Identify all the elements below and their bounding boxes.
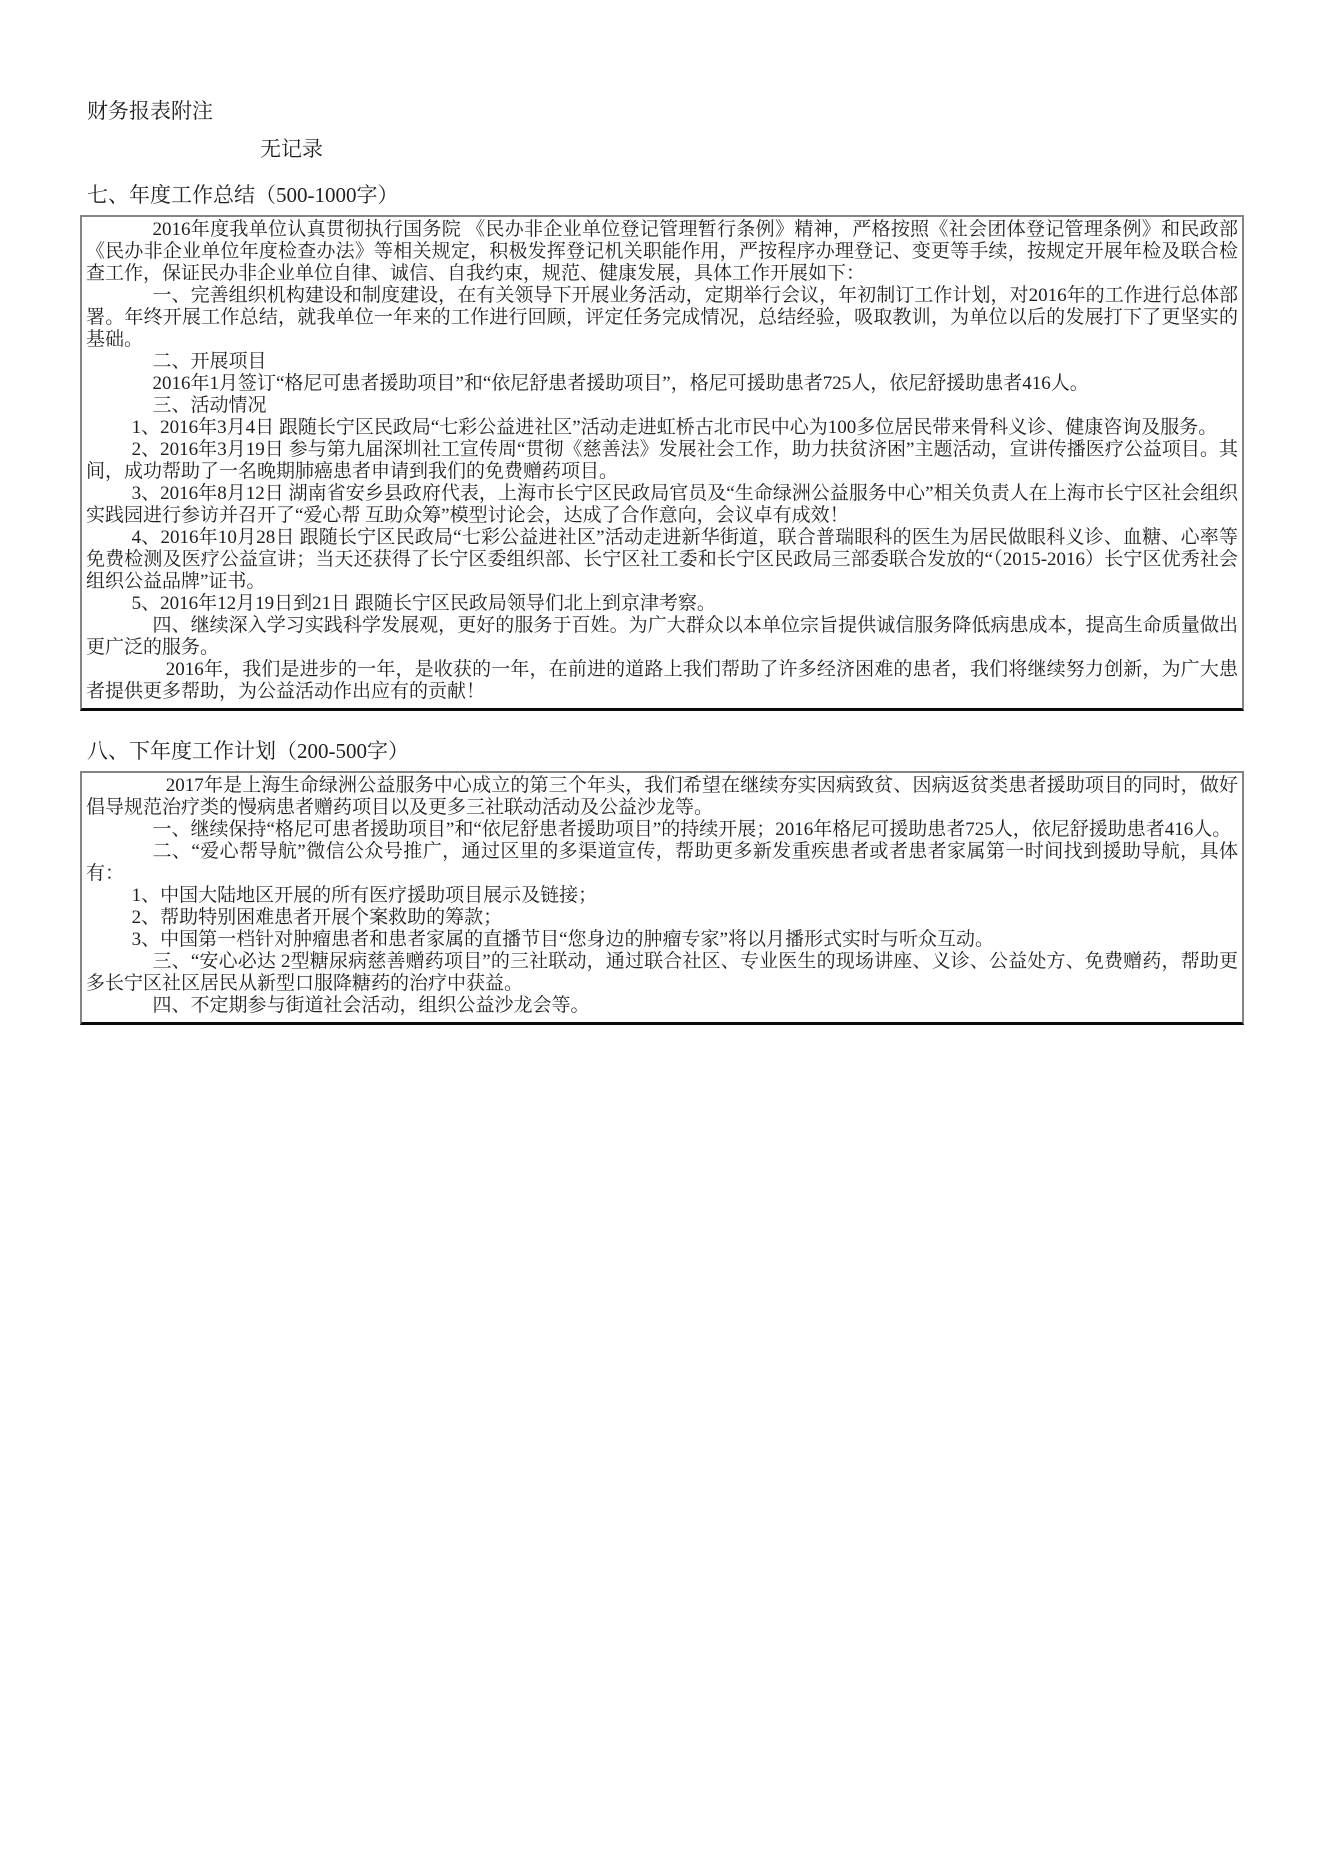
financial-notes-title: 财务报表附注 xyxy=(87,98,1244,124)
paragraph-line: 2、帮助特别困难患者开展个案救助的筹款； xyxy=(86,907,1238,929)
paragraph-line: 4、2016年10月28日 跟随长宁区民政局“七彩公益进社区”活动走进新华街道，… xyxy=(86,527,1238,593)
section7-textbox: 2016年度我单位认真贯彻执行国务院 《民办非企业单位登记管理暂行条例》精神，严… xyxy=(80,215,1244,711)
paragraph-line: 2016年度我单位认真贯彻执行国务院 《民办非企业单位登记管理暂行条例》精神，严… xyxy=(86,219,1238,285)
section8-heading: 八、下年度工作计划（200-500字） xyxy=(87,738,1244,764)
no-record-text: 无记录 xyxy=(260,136,1244,162)
paragraph-line: 四、继续深入学习实践科学发展观，更好的服务于百姓。为广大群众以本单位宗旨提供诚信… xyxy=(86,615,1238,659)
section7-heading: 七、年度工作总结（500-1000字） xyxy=(87,182,1244,208)
paragraph-line: 三、活动情况 xyxy=(86,395,1238,417)
paragraph-line: 3、2016年8月12日 湖南省安乡县政府代表，上海市长宁区民政局官员及“生命绿… xyxy=(86,483,1238,527)
paragraph-line: 一、继续保持“格尼可患者援助项目”和“依尼舒患者援助项目”的持续开展；2016年… xyxy=(86,819,1238,841)
paragraph-line: 1、2016年3月4日 跟随长宁区民政局“七彩公益进社区”活动走进虹桥古北市民中… xyxy=(86,417,1238,439)
document-page: 财务报表附注 无记录 七、年度工作总结（500-1000字） 2016年度我单位… xyxy=(0,0,1323,1871)
paragraph-line: 1、中国大陆地区开展的所有医疗援助项目展示及链接； xyxy=(86,885,1238,907)
paragraph-line: 5、2016年12月19日到21日 跟随长宁区民政局领导们北上到京津考察。 xyxy=(86,593,1238,615)
section8-textbox: 2017年是上海生命绿洲公益服务中心成立的第三个年头，我们希望在继续夯实因病致贫… xyxy=(80,771,1244,1025)
document-content: 财务报表附注 无记录 七、年度工作总结（500-1000字） 2016年度我单位… xyxy=(0,0,1323,1065)
paragraph-line: 二、开展项目 xyxy=(86,351,1238,373)
paragraph-line: 3、中国第一档针对肿瘤患者和患者家属的直播节目“您身边的肿瘤专家”将以月播形式实… xyxy=(86,929,1238,951)
paragraph-line: 2017年是上海生命绿洲公益服务中心成立的第三个年头，我们希望在继续夯实因病致贫… xyxy=(86,775,1238,819)
paragraph-line: 三、“安心必达 2型糖尿病慈善赠药项目”的三社联动，通过联合社区、专业医生的现场… xyxy=(86,951,1238,995)
paragraph-line: 四、不定期参与街道社会活动，组织公益沙龙会等。 xyxy=(86,995,1238,1017)
paragraph-line: 2016年1月签订“格尼可患者援助项目”和“依尼舒患者援助项目”，格尼可援助患者… xyxy=(86,373,1238,395)
paragraph-line: 一、完善组织机构建设和制度建设，在有关领导下开展业务活动，定期举行会议，年初制订… xyxy=(86,285,1238,351)
paragraph-line: 2016年，我们是进步的一年，是收获的一年，在前进的道路上我们帮助了许多经济困难… xyxy=(86,659,1238,703)
paragraph-line: 2、2016年3月19日 参与第九届深圳社工宣传周“贯彻《慈善法》发展社会工作，… xyxy=(86,439,1238,483)
paragraph-line: 二、“爱心帮导航”微信公众号推广，通过区里的多渠道宣传，帮助更多新发重疾患者或者… xyxy=(86,841,1238,885)
